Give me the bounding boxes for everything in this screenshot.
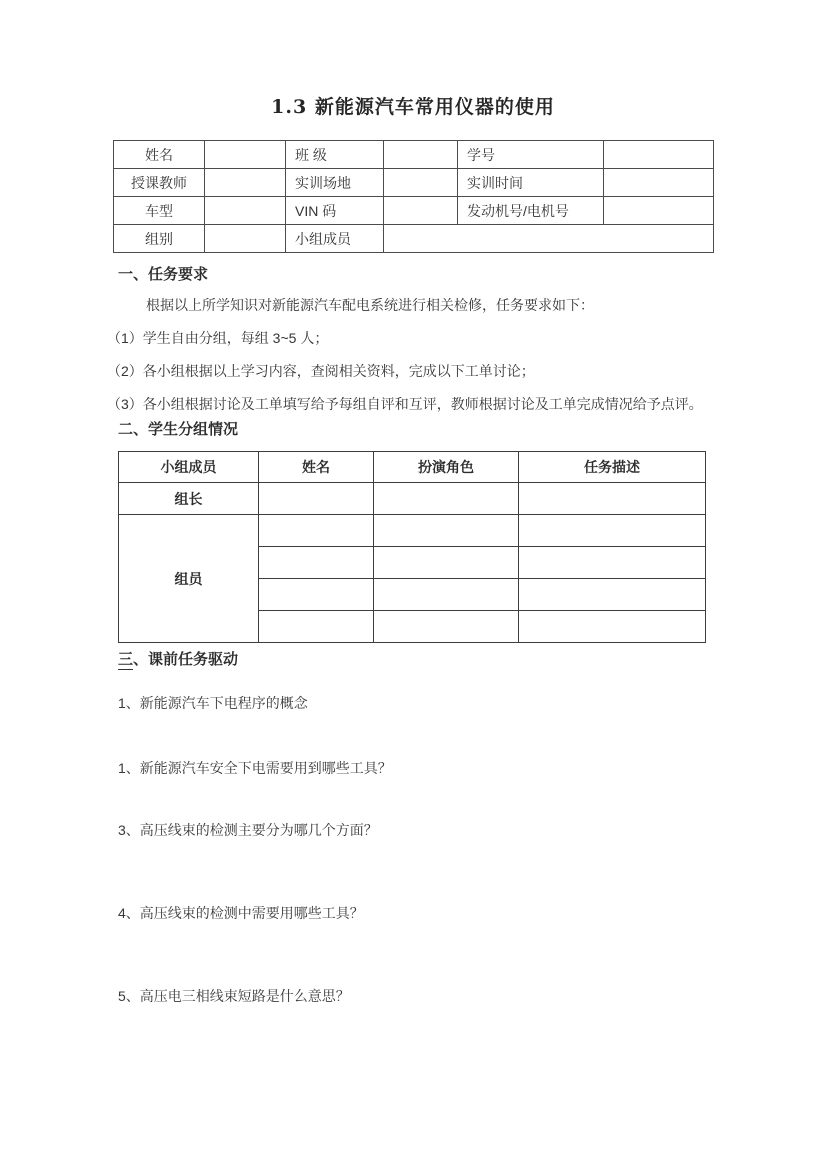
- table-row: 授课教师 实训场地 实训时间: [114, 169, 714, 197]
- group-table: 小组成员 姓名 扮演角色 任务描述 组长 组员: [118, 451, 706, 643]
- group-table-header-members: 小组成员: [119, 452, 259, 483]
- engine-motor-label: 发动机号/电机号: [458, 197, 604, 225]
- class-label: 班 级: [286, 141, 384, 169]
- fill-in-cell[interactable]: [374, 611, 519, 643]
- engine-motor-value-cell[interactable]: [604, 197, 714, 225]
- table-row: 姓名 班 级 学号: [114, 141, 714, 169]
- vin-label: VIN 码: [286, 197, 384, 225]
- section3-heading-underlined-char: 三: [118, 651, 133, 670]
- task-requirement-item: （1）学生自由分组，每组 3~5 人；: [107, 322, 721, 355]
- group-table-header-role: 扮演角色: [374, 452, 519, 483]
- question-item: 1、新能源汽车安全下电需要用到哪些工具？: [118, 759, 726, 777]
- question-item: 3、高压线束的检测主要分为哪几个方面？: [118, 821, 726, 839]
- table-row: 组别 小组成员: [114, 225, 714, 253]
- teacher-value-cell[interactable]: [205, 169, 286, 197]
- task-requirement-item: （3）各小组根据讨论及工单填写给予每组自评和互评，教师根据讨论及工单完成情况给予…: [107, 388, 721, 421]
- fill-in-cell[interactable]: [519, 579, 706, 611]
- car-model-label: 车型: [114, 197, 205, 225]
- member-row: 组员: [119, 515, 706, 547]
- page-title: 1.3 新能源汽车常用仪器的使用: [0, 0, 826, 119]
- fill-in-cell[interactable]: [519, 483, 706, 515]
- training-site-value-cell[interactable]: [384, 169, 458, 197]
- table-row: 车型 VIN 码 发动机号/电机号: [114, 197, 714, 225]
- fill-in-cell[interactable]: [259, 611, 374, 643]
- car-model-value-cell[interactable]: [205, 197, 286, 225]
- name-value-cell[interactable]: [205, 141, 286, 169]
- group-table-header-task: 任务描述: [519, 452, 706, 483]
- student-id-value-cell[interactable]: [604, 141, 714, 169]
- fill-in-cell[interactable]: [374, 483, 519, 515]
- fill-in-cell[interactable]: [374, 515, 519, 547]
- training-time-value-cell[interactable]: [604, 169, 714, 197]
- group-table-header-name: 姓名: [259, 452, 374, 483]
- student-id-label: 学号: [458, 141, 604, 169]
- section2-heading: 二、学生分组情况: [118, 421, 826, 438]
- teacher-label: 授课教师: [114, 169, 205, 197]
- group-table-header-row: 小组成员 姓名 扮演角色 任务描述: [119, 452, 706, 483]
- vin-value-cell[interactable]: [384, 197, 458, 225]
- member-label: 组员: [119, 515, 259, 643]
- question-item: 5、高压电三相线束短路是什么意思？: [118, 987, 726, 1005]
- section3-heading-rest: 、课前任务驱动: [133, 651, 238, 668]
- group-id-label: 组别: [114, 225, 205, 253]
- fill-in-cell[interactable]: [519, 515, 706, 547]
- group-id-value-cell[interactable]: [205, 225, 286, 253]
- group-members-label: 小组成员: [286, 225, 384, 253]
- section3-heading: 三、课前任务驱动: [118, 651, 826, 668]
- name-label: 姓名: [114, 141, 205, 169]
- section1-heading: 一、任务要求: [118, 266, 826, 283]
- fill-in-cell[interactable]: [259, 515, 374, 547]
- info-table: 姓名 班 级 学号 授课教师 实训场地 实训时间 车型 VIN 码 发动机号/电…: [113, 140, 714, 253]
- document-page: 1.3 新能源汽车常用仪器的使用 姓名 班 级 学号 授课教师 实训场地 实训时…: [0, 0, 826, 1168]
- training-time-label: 实训时间: [458, 169, 604, 197]
- fill-in-cell[interactable]: [519, 547, 706, 579]
- fill-in-cell[interactable]: [374, 579, 519, 611]
- training-site-label: 实训场地: [286, 169, 384, 197]
- class-value-cell[interactable]: [384, 141, 458, 169]
- fill-in-cell[interactable]: [259, 547, 374, 579]
- fill-in-cell[interactable]: [259, 483, 374, 515]
- fill-in-cell[interactable]: [259, 579, 374, 611]
- task-requirement-item: （2）各小组根据以上学习内容，查阅相关资料，完成以下工单讨论；: [107, 355, 721, 388]
- fill-in-cell[interactable]: [519, 611, 706, 643]
- question-item: 4、高压线束的检测中需要用哪些工具？: [118, 904, 726, 922]
- leader-row: 组长: [119, 483, 706, 515]
- fill-in-cell[interactable]: [374, 547, 519, 579]
- question-item: 1、新能源汽车下电程序的概念: [118, 694, 726, 712]
- group-members-value-cell[interactable]: [384, 225, 714, 253]
- section1-intro: 根据以上所学知识对新能源汽车配电系统进行相关检修，任务要求如下：: [118, 289, 716, 322]
- leader-label: 组长: [119, 483, 259, 515]
